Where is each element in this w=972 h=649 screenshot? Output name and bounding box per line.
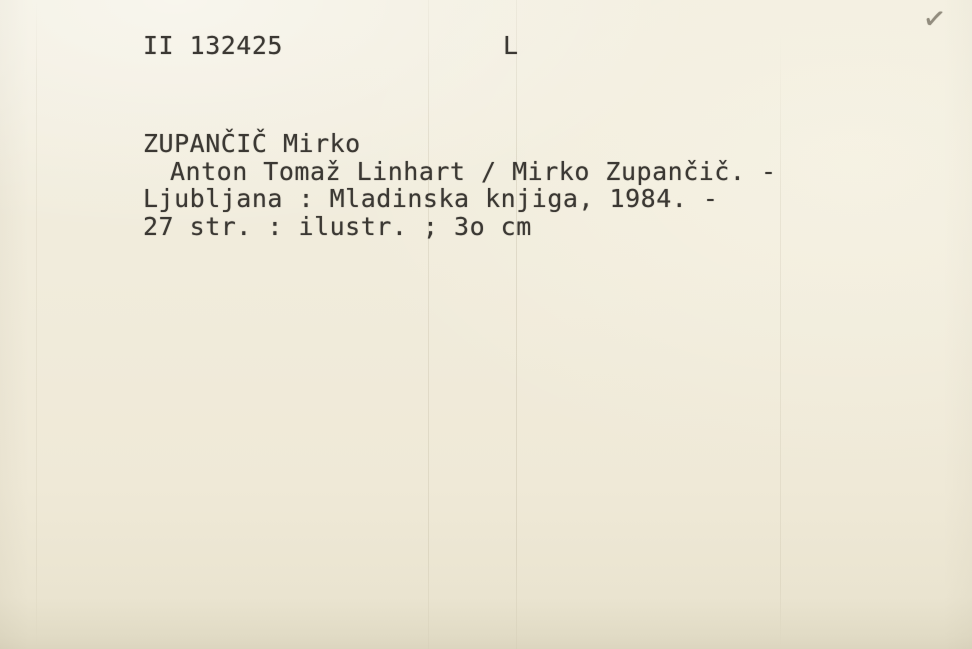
paper-crease: [516, 0, 517, 649]
call-number: II 132425: [143, 31, 283, 60]
paper-crease: [36, 0, 37, 649]
entry-line-imprint: Ljubljana : Mladinska knjiga, 1984. -: [143, 185, 777, 213]
checkmark-icon: ✓: [921, 0, 948, 40]
section-letter: L: [503, 31, 519, 60]
entry-line-title-statement: Anton Tomaž Linhart / Mirko Zupančič. -: [143, 158, 777, 186]
entry-block: ZUPANČIČ Mirko Anton Tomaž Linhart / Mir…: [143, 130, 777, 241]
paper-crease: [428, 0, 429, 649]
catalog-card: II 132425 L ✓ ZUPANČIČ Mirko Anton Tomaž…: [0, 0, 972, 649]
paper-crease: [780, 0, 781, 649]
entry-line-collation: 27 str. : ilustr. ; 3o cm: [143, 213, 777, 241]
entry-heading: ZUPANČIČ Mirko: [143, 130, 777, 158]
